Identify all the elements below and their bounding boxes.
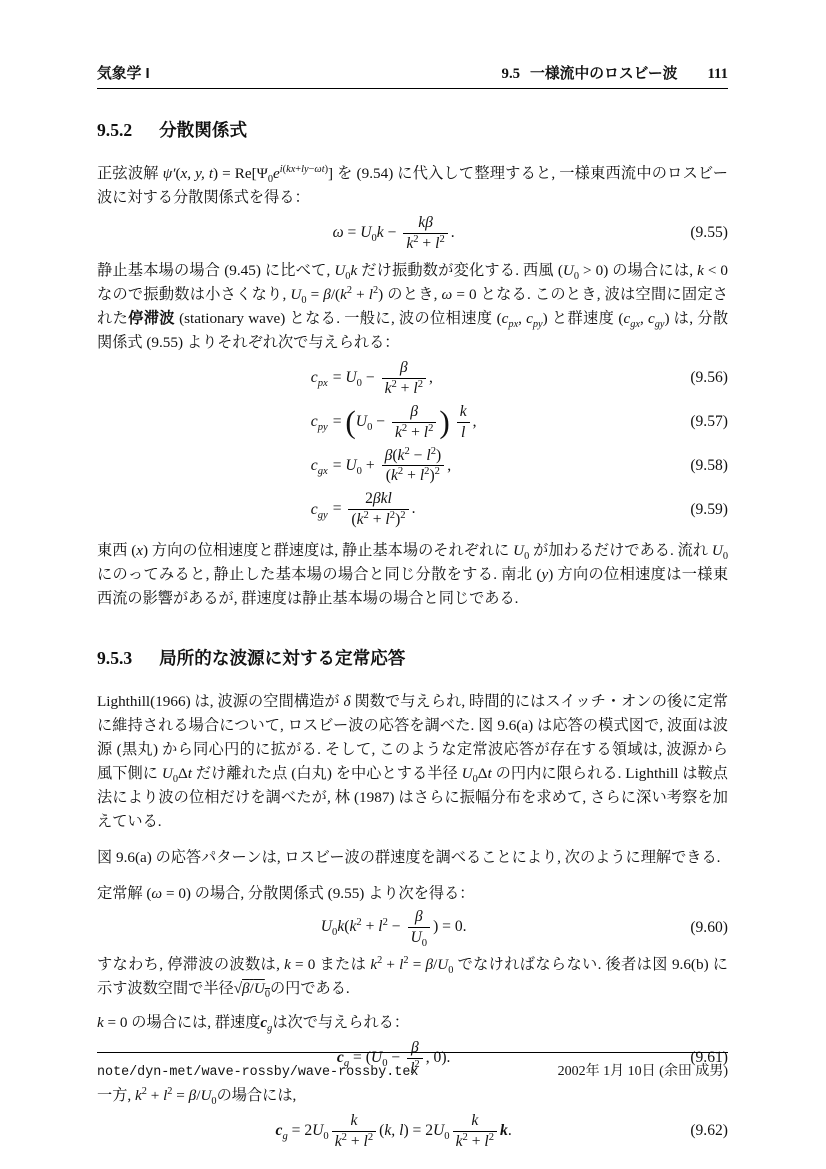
paragraph-sine-wave-solution: 正弦波解 ψ′(x, y, t) = Re[Ψ0ei(kx+ly−ωt)] を … (97, 162, 728, 210)
equation-9-56-rhs: = U0 − βk2 + l2, (328, 359, 477, 398)
equation-9-59-rhs: = 2βkl(k2 + l2)2. (328, 490, 477, 529)
equation-9-56-number: (9.56) (690, 369, 728, 387)
equation-9-60-number: (9.60) (690, 919, 728, 937)
equation-9-56-lhs: cpx (311, 369, 328, 387)
page-number: 111 (707, 66, 728, 83)
paragraph-stationary-wavenumber: すなわち, 停滞波の波数は, k = 0 または k2 + l2 = β/U0 … (97, 953, 728, 1001)
page-header: 気象学 I 9.5 一様流中のロスビー波 111 (97, 62, 728, 89)
equation-9-58-rhs: = U0 + β(k2 − l2)(k2 + l2)2, (328, 447, 477, 486)
paragraph-stationary-wave: 静止基本場の場合 (9.45) に比べて, U0k だけ振動数が変化する. 西風… (97, 259, 728, 355)
equation-9-62-number: (9.62) (690, 1122, 728, 1140)
equation-9-55-body: ω = U0k − kβk2 + l2. (333, 214, 455, 253)
equation-9-57-lhs: cpy (311, 413, 328, 431)
equation-9-57-rhs: = (U0 − βk2 + l2) kl, (328, 403, 477, 442)
equation-9-58-lhs: cgx (311, 457, 328, 475)
running-head-section-number: 9.5 (502, 66, 521, 83)
section-number-9-5-3: 9.5.3 (97, 648, 132, 668)
equation-9-59-lhs: cgy (311, 501, 328, 519)
paragraph-k-zero-case: k = 0 の場合には, 群速度cgは次で与えられる： (97, 1011, 728, 1035)
equation-9-57-number: (9.57) (690, 413, 728, 431)
page-footer: note/dyn-met/wave-rossby/wave-rossby.tex… (97, 1052, 728, 1080)
equation-9-55-number: (9.55) (690, 224, 728, 242)
section-heading-9-5-3: 9.5.3 局所的な波源に対する定常応答 (97, 645, 728, 670)
equation-9-60-body: U0k(k2 + l2 − βU0) = 0. (321, 908, 467, 947)
equation-9-58-number: (9.58) (690, 457, 728, 475)
paragraph-figure-interpretation: 図 9.6(a) の応答パターンは, ロスビー波の群速度を調べることにより, 次… (97, 846, 728, 870)
equation-9-55: ω = U0k − kβk2 + l2. (9.55) (97, 214, 728, 253)
section-number-9-5-2: 9.5.2 (97, 120, 132, 140)
paragraph-lighthill-response: Lighthill(1966) は, 波源の空間構造が δ 関数で与えられ, 時… (97, 690, 728, 834)
paragraph-steady-solution-intro: 定常解 (ω = 0) の場合, 分散関係式 (9.55) より次を得る： (97, 882, 728, 906)
section-title-9-5-2: 分散関係式 (159, 120, 247, 140)
section-title-9-5-3: 局所的な波源に対する定常応答 (159, 648, 405, 668)
running-head-section-title: 一様流中のロスビー波 (530, 62, 677, 83)
equation-9-62: cg = 2U0kk2 + l2(k, l) = 2U0kk2 + l2k. (… (97, 1112, 728, 1151)
paragraph-circle-case: 一方, k2 + l2 = β/U0の場合には, (97, 1084, 728, 1108)
paragraph-phase-group-speed-discussion: 東西 (x) 方向の位相速度と群速度は, 静止基本場のそれぞれに U0 が加わる… (97, 539, 728, 611)
equation-9-62-body: cg = 2U0kk2 + l2(k, l) = 2U0kk2 + l2k. (276, 1112, 512, 1151)
equation-group-9-56-to-9-59: cpx = U0 − βk2 + l2, (9.56) cpy = (U0 − … (97, 359, 728, 529)
section-heading-9-5-2: 9.5.2 分散関係式 (97, 117, 728, 142)
document-page: 気象学 I 9.5 一様流中のロスビー波 111 9.5.2 分散関係式 正弦波… (0, 0, 826, 1169)
footer-source-path: note/dyn-met/wave-rossby/wave-rossby.tex (97, 1065, 418, 1080)
equation-9-60: U0k(k2 + l2 − βU0) = 0. (9.60) (97, 908, 728, 947)
running-head-section: 9.5 一様流中のロスビー波 111 (502, 62, 728, 83)
equation-9-59-number: (9.59) (690, 501, 728, 519)
footer-date-author: 2002年 1月 10日 (余田 成男) (558, 1060, 728, 1080)
running-head-course-title: 気象学 I (97, 62, 150, 83)
